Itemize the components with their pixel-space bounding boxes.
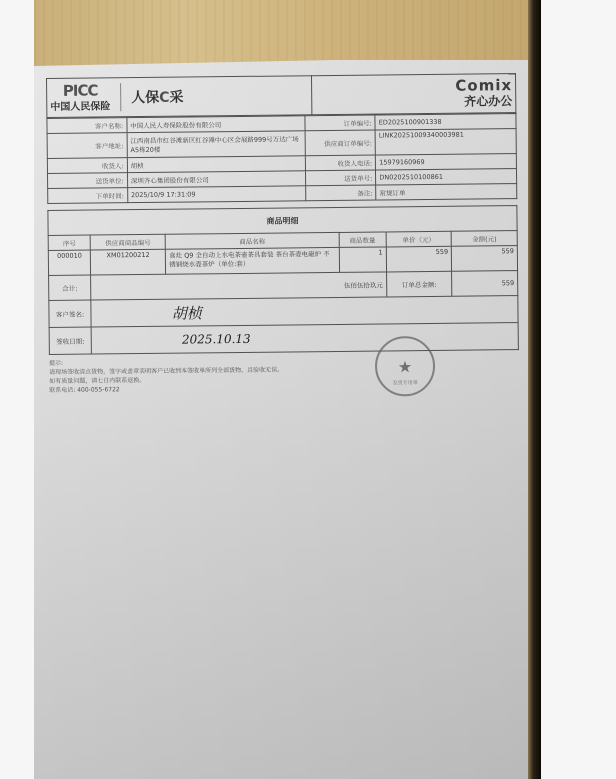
order-no: ED2025100901338 <box>375 114 516 130</box>
items-title: 商品明细 <box>48 206 517 236</box>
recipient-phone-label: 收货人电话: <box>305 155 375 171</box>
item-sku: XM01200212 <box>91 249 166 275</box>
item-amount: 559 <box>452 246 518 272</box>
item-name: 食灶 Q9 全自动上水电茶壶茶具套装 茶台茶壶电磁炉 不锈钢烧水壶茶炉（单位:套… <box>166 247 340 274</box>
items-table: 商品明细 序号 供应商商品编号 商品名称 商品数量 单价（元） 金额(元) 00… <box>47 205 518 355</box>
desk-edge <box>528 0 541 779</box>
delivery-no-label: 送货单号: <box>305 170 375 186</box>
notes-title: 提示: <box>49 354 519 368</box>
receipt-header: PICC 中国人民保险 人保C采 Comix 齐心办公 <box>46 73 516 118</box>
picc-logo: PICC 中国人民保险 <box>50 83 110 113</box>
notes-contact: 联系电话: 400-055-6722 <box>49 381 519 395</box>
notes-line2: 如有质量问题，请七日内联系退换。 <box>49 372 519 386</box>
order-time: 2025/10/9 17:31:09 <box>127 186 305 203</box>
col-sku: 供应商商品编号 <box>90 234 165 250</box>
delivery-unit-label: 送货单位: <box>48 173 128 189</box>
order-total-label: 订单总金额: <box>386 271 452 297</box>
item-seq: 000010 <box>48 250 90 275</box>
company-seal: ★ 发货专用章 <box>375 336 436 397</box>
supplier-order-no-label: 供应商订单编号: <box>305 130 376 156</box>
total-label: 合计: <box>49 275 91 300</box>
col-seq: 序号 <box>48 235 90 250</box>
supplier-order-no: LINK20251009340003981 <box>375 129 516 155</box>
col-amount: 金额(元) <box>451 231 517 247</box>
remark-label: 备注: <box>306 185 376 201</box>
comix-logo: Comix 齐心办公 <box>315 78 512 111</box>
receipt-date-label: 签收日期: <box>49 327 91 354</box>
customer-signature: 胡桢 <box>172 304 202 322</box>
recipient-label: 收货人: <box>47 158 127 174</box>
customer-address: 江西南昌市红谷滩新区红谷滩中心区会展路999号万达广场A5栋20楼 <box>127 131 305 158</box>
order-info-table: 客户名称: 中国人民人寿保险股份有限公司 订单编号: ED20251009013… <box>46 113 517 204</box>
notes: 提示: 请现场签收清点货物，签字或盖章表明客户已收到本签收单所列全部货物，且验收… <box>49 354 519 395</box>
order-time-label: 下单时间: <box>48 188 128 204</box>
receipt-paper: PICC 中国人民保险 人保C采 Comix 齐心办公 <box>34 60 528 779</box>
delivery-receipt: PICC 中国人民保险 人保C采 Comix 齐心办公 <box>46 73 519 395</box>
item-qty: 1 <box>339 247 386 272</box>
customer-address-label: 客户地址: <box>47 133 127 159</box>
order-no-label: 订单编号: <box>305 115 375 131</box>
customer-name-label: 客户名称: <box>47 118 127 134</box>
platform-name: 人保C采 <box>131 87 183 108</box>
col-qty: 商品数量 <box>339 232 386 247</box>
notes-line1: 请现场签收清点货物，签字或盖章表明客户已收到本签收单所列全部货物，且验收无误。 <box>49 363 519 377</box>
star-icon: ★ <box>398 357 413 376</box>
logo-divider <box>120 83 121 111</box>
delivery-no: DN0202510100861 <box>376 169 517 185</box>
col-name: 商品名称 <box>165 232 339 249</box>
item-unit-price: 559 <box>386 246 452 272</box>
receipt-date: 2025.10.13 <box>182 332 251 347</box>
recipient-phone: 15979160969 <box>376 154 517 170</box>
table-row: 000010 XM01200212 食灶 Q9 全自动上水电茶壶茶具套装 茶台茶… <box>48 246 517 276</box>
customer-name: 中国人民人寿保险股份有限公司 <box>127 116 305 133</box>
order-total: 559 <box>452 271 518 297</box>
delivery-unit: 深圳齐心集团股份有限公司 <box>127 171 305 188</box>
col-unit-price: 单价（元） <box>386 231 452 247</box>
customer-signature-label: 客户签名: <box>49 300 91 327</box>
remark: 常规订单 <box>376 184 517 200</box>
total-in-words: 伍佰伍拾玖元 <box>91 272 387 300</box>
recipient: 胡桢 <box>127 156 305 173</box>
